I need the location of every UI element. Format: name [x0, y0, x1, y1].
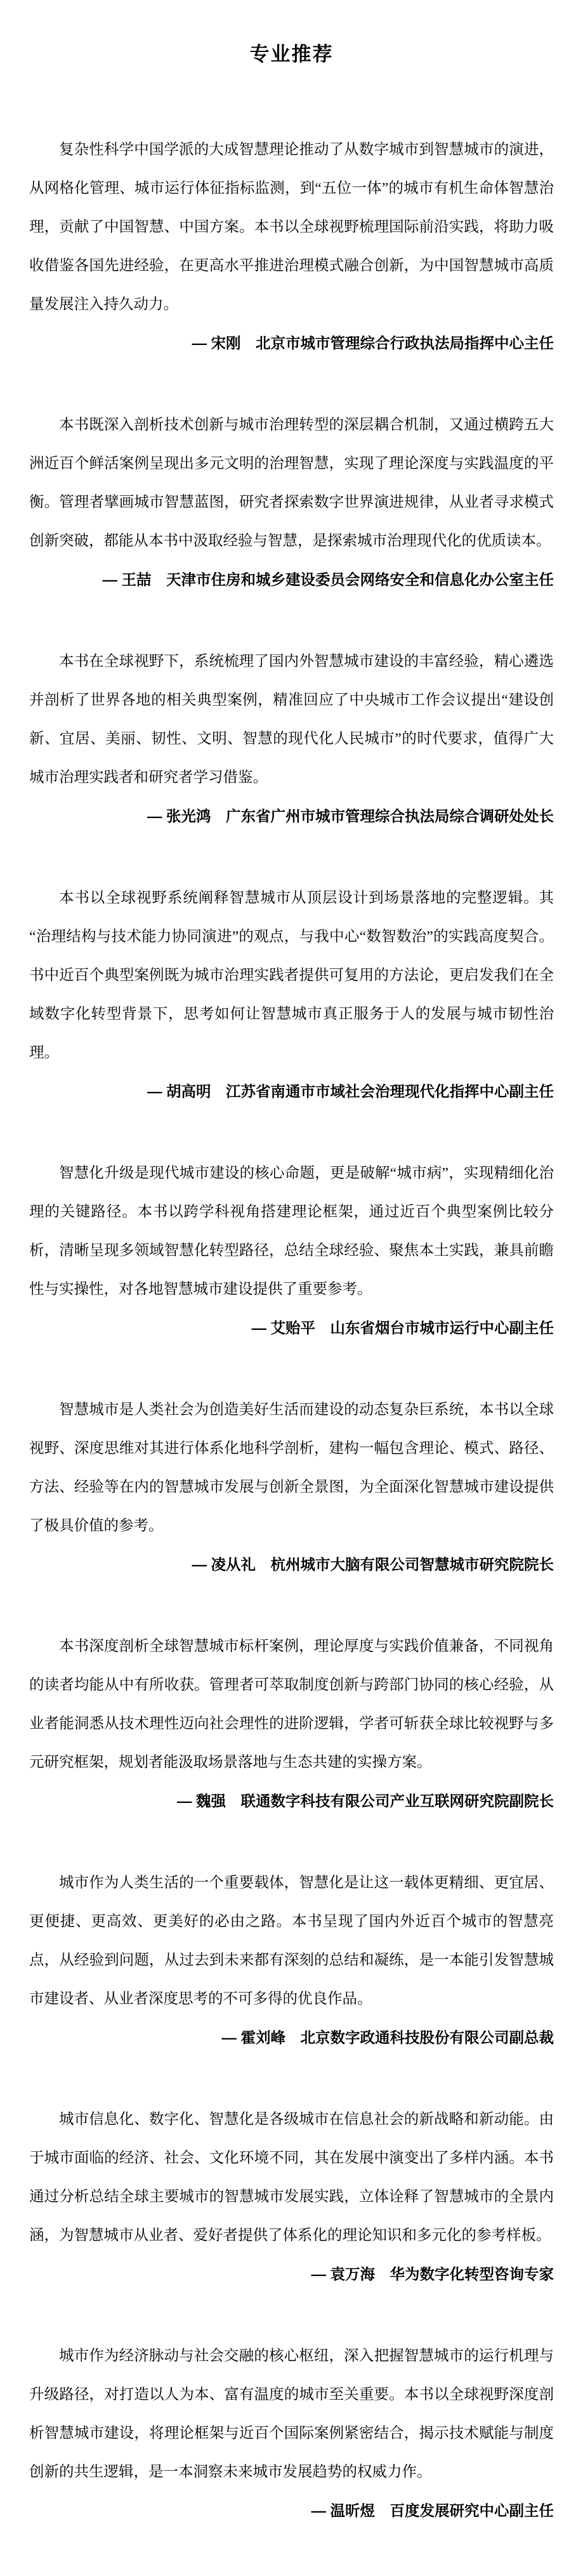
recommendation-block: 智慧化升级是现代城市建设的核心命题，更是破解“城市病”，实现精细化治理的关键路径…: [29, 1154, 554, 1348]
recommendations-page: 专业推荐 复杂性科学中国学派的大成智慧理论推动了从数字城市到智慧城市的演进，从网…: [0, 0, 583, 2576]
recommendation-block: 复杂性科学中国学派的大成智慧理论推动了从数字城市到智慧城市的演进，从网格化管理、…: [29, 131, 554, 363]
recommendation-quote: 本书以全球视野系统阐释智慧城市从顶层设计到场景落地的完整逻辑。其“治理结构与技术…: [29, 879, 554, 1072]
recommendation-quote: 城市作为人类生活的一个重要载体，智慧化是让这一载体更精细、更宜居、更便捷、更高效…: [29, 1864, 554, 2019]
recommendation-block: 本书既深入剖析技术创新与城市治理转型的深层耦合机制，又通过横跨五大洲近百个鲜活案…: [29, 406, 554, 599]
recommendation-attribution: — 凌从礼 杭州城市大脑有限公司智慧城市研究院院长: [29, 1545, 554, 1584]
recommendation-quote: 智慧城市是人类社会为创造美好生活而建设的动态复杂巨系统，本书以全球视野、深度思维…: [29, 1391, 554, 1545]
recommendation-block: 城市信息化、数字化、智慧化是各级城市在信息社会的新战略和新动能。由于城市面临的经…: [29, 2100, 554, 2294]
recommendation-block: 本书深度剖析全球智慧城市标杆案例，理论厚度与实践价值兼备，不同视角的读者均能从中…: [29, 1627, 554, 1821]
recommendation-quote: 复杂性科学中国学派的大成智慧理论推动了从数字城市到智慧城市的演进，从网格化管理、…: [29, 131, 554, 324]
recommendation-attribution: — 王喆 天津市住房和城乡建设委员会网络安全和信息化办公室主任: [29, 561, 554, 599]
recommendation-block: 本书在全球视野下，系统梳理了国内外智慧城市建设的丰富经验，精心遴选并剖析了世界各…: [29, 642, 554, 836]
recommendation-attribution: — 艾贻平 山东省烟台市城市运行中心副主任: [29, 1309, 554, 1348]
recommendation-quote: 本书深度剖析全球智慧城市标杆案例，理论厚度与实践价值兼备，不同视角的读者均能从中…: [29, 1627, 554, 1782]
recommendation-attribution: — 胡高明 江苏省南通市市域社会治理现代化指挥中心副主任: [29, 1072, 554, 1111]
recommendation-attribution: — 魏强 联通数字科技有限公司产业互联网研究院副院长: [29, 1782, 554, 1821]
recommendation-quote: 智慧化升级是现代城市建设的核心命题，更是破解“城市病”，实现精细化治理的关键路径…: [29, 1154, 554, 1309]
page-title: 专业推荐: [29, 0, 554, 68]
recommendation-quote: 本书既深入剖析技术创新与城市治理转型的深层耦合机制，又通过横跨五大洲近百个鲜活案…: [29, 406, 554, 561]
recommendation-block: 智慧城市是人类社会为创造美好生活而建设的动态复杂巨系统，本书以全球视野、深度思维…: [29, 1391, 554, 1584]
recommendation-quote: 城市作为经济脉动与社会交融的核心枢纽，深入把握智慧城市的运行机理与升级路径，对打…: [29, 2337, 554, 2492]
recommendation-attribution: — 张光鸿 广东省广州市城市管理综合执法局综合调研处处长: [29, 797, 554, 836]
recommendation-quote: 城市信息化、数字化、智慧化是各级城市在信息社会的新战略和新动能。由于城市面临的经…: [29, 2100, 554, 2255]
recommendation-block: 本书以全球视野系统阐释智慧城市从顶层设计到场景落地的完整逻辑。其“治理结构与技术…: [29, 879, 554, 1111]
recommendation-block: 城市作为人类生活的一个重要载体，智慧化是让这一载体更精细、更宜居、更便捷、更高效…: [29, 1864, 554, 2057]
recommendation-attribution: — 袁万海 华为数字化转型咨询专家: [29, 2255, 554, 2294]
recommendation-attribution: — 霍刘峰 北京数字政通科技股份有限公司副总裁: [29, 2019, 554, 2057]
recommendation-block: 城市作为经济脉动与社会交融的核心枢纽，深入把握智慧城市的运行机理与升级路径，对打…: [29, 2337, 554, 2530]
recommendation-attribution: — 温昕煜 百度发展研究中心副主任: [29, 2492, 554, 2530]
recommendation-quote: 本书在全球视野下，系统梳理了国内外智慧城市建设的丰富经验，精心遴选并剖析了世界各…: [29, 642, 554, 797]
recommendation-attribution: — 宋刚 北京市城市管理综合行政执法局指挥中心主任: [29, 324, 554, 363]
